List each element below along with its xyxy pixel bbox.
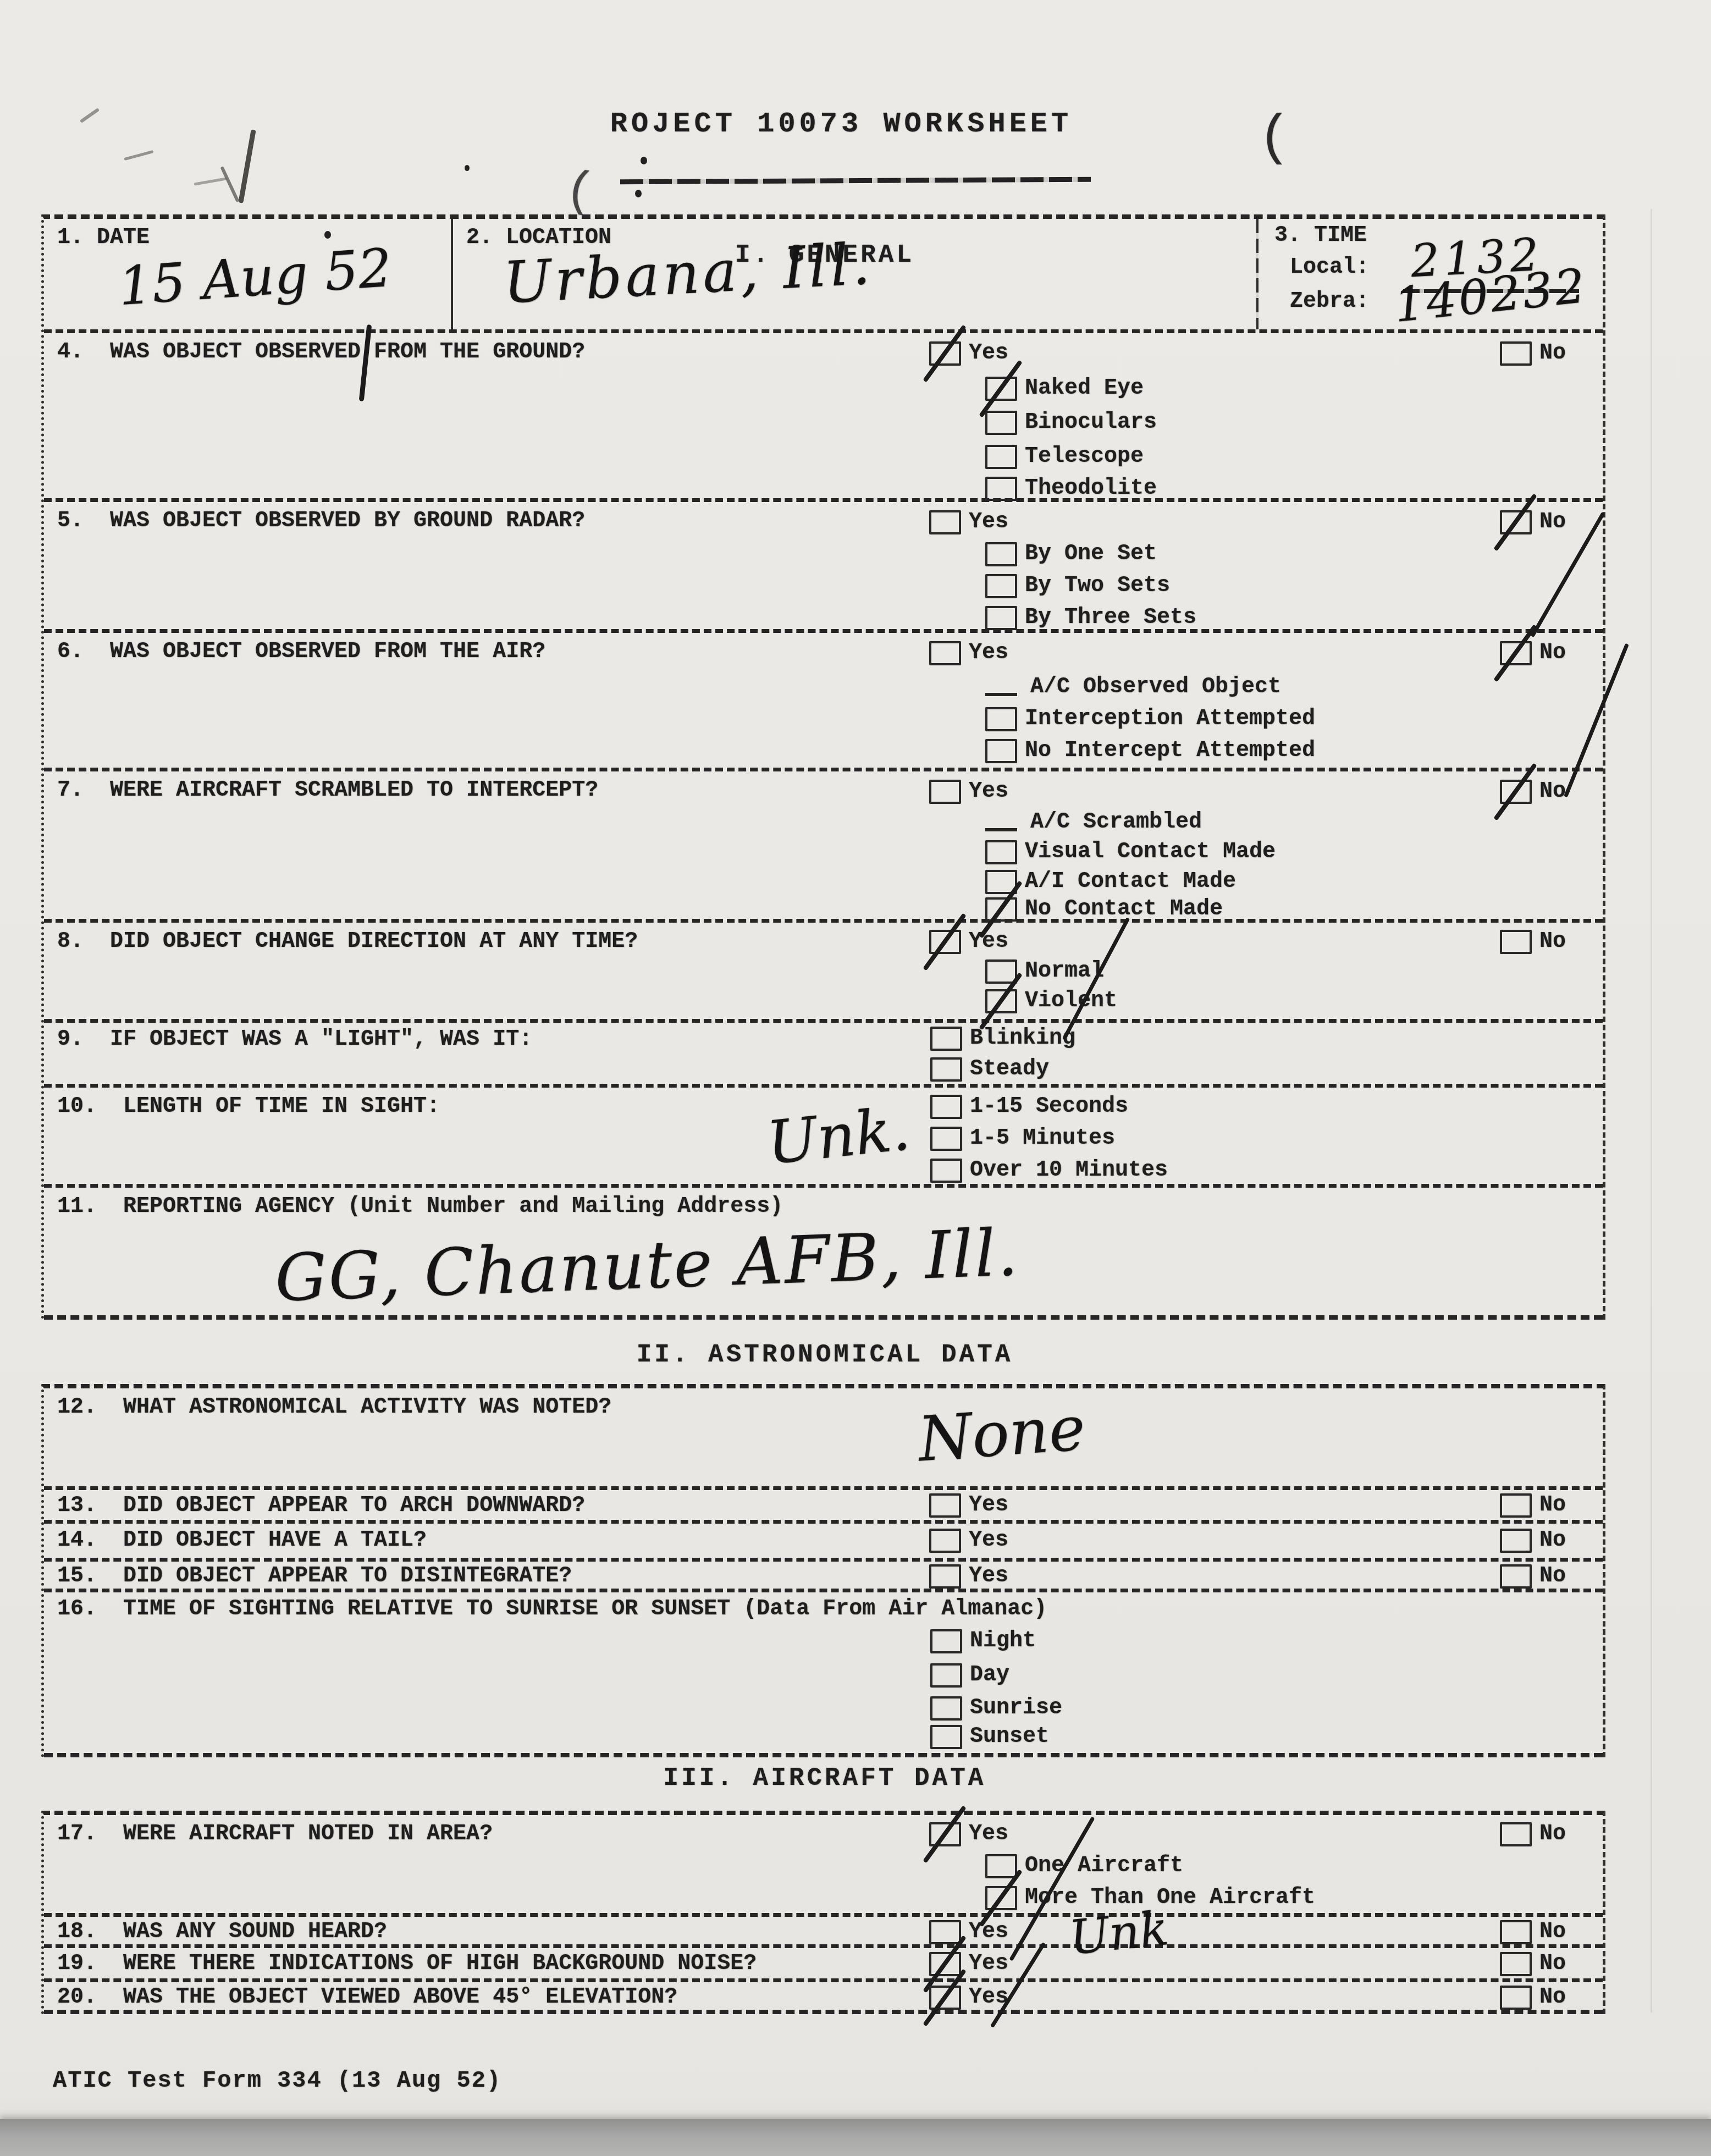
option-checkbox[interactable] bbox=[985, 897, 1017, 922]
yes-label: Yes bbox=[969, 1951, 1008, 1976]
option-label: Interception Attempted bbox=[1025, 707, 1315, 731]
option-checkbox[interactable] bbox=[930, 1095, 962, 1119]
no-checkbox[interactable] bbox=[1500, 1920, 1532, 1944]
question-row-12: 12. WHAT ASTRONOMICAL ACTIVITY WAS NOTED… bbox=[44, 1388, 1603, 1490]
ink-dot bbox=[635, 190, 642, 197]
no-label: No bbox=[1539, 1822, 1566, 1846]
yes-label: Yes bbox=[969, 1822, 1008, 1846]
question-label: 18. WAS ANY SOUND HEARD? bbox=[57, 1920, 387, 1944]
question-label: 20. WAS THE OBJECT VIEWED ABOVE 45° ELEV… bbox=[57, 1985, 677, 2010]
option-label: Night bbox=[970, 1629, 1036, 1653]
question-label: 6. WAS OBJECT OBSERVED FROM THE AIR? bbox=[57, 639, 545, 664]
option-label: 1-5 Minutes bbox=[970, 1126, 1115, 1151]
question-label: 4. WAS OBJECT OBSERVED FROM THE GROUND? bbox=[57, 340, 585, 365]
no-checkbox[interactable] bbox=[1500, 1952, 1532, 1976]
column-divider bbox=[1256, 219, 1259, 329]
question-row-10: 10. LENGTH OF TIME IN SIGHT: Unk. 1-15 S… bbox=[44, 1088, 1603, 1188]
question-row-5: 5. WAS OBJECT OBSERVED BY GROUND RADAR? … bbox=[44, 502, 1603, 633]
question-label: 14. DID OBJECT HAVE A TAIL? bbox=[57, 1528, 427, 1553]
question-label: 5. WAS OBJECT OBSERVED BY GROUND RADAR? bbox=[57, 509, 585, 533]
no-label: No bbox=[1539, 1528, 1566, 1553]
no-checkbox[interactable] bbox=[1500, 341, 1532, 366]
option-label: Blinking bbox=[970, 1026, 1075, 1051]
blank-line bbox=[985, 679, 1017, 696]
no-label: No bbox=[1539, 1951, 1566, 1976]
handwritten-answer: Unk bbox=[1067, 1901, 1171, 1966]
yes-checkbox[interactable] bbox=[929, 1564, 961, 1589]
no-checkbox[interactable] bbox=[1500, 1493, 1532, 1518]
question-label: 9. IF OBJECT WAS A "LIGHT", WAS IT: bbox=[57, 1027, 532, 1052]
form-title: ROJECT 10073 WORKSHEET bbox=[0, 108, 1682, 140]
question-label: 10. LENGTH OF TIME IN SIGHT: bbox=[57, 1094, 440, 1119]
no-checkbox[interactable] bbox=[1500, 510, 1532, 534]
question-label: 11. REPORTING AGENCY (Unit Number and Ma… bbox=[57, 1194, 783, 1219]
question-row-20: 20. WAS THE OBJECT VIEWED ABOVE 45° ELEV… bbox=[44, 1982, 1603, 2014]
date-value: 15 Aug 52 bbox=[117, 237, 394, 317]
option-label: 1-15 Seconds bbox=[970, 1094, 1128, 1119]
yes-label: Yes bbox=[969, 1493, 1008, 1518]
option-checkbox[interactable] bbox=[985, 542, 1017, 566]
question-row-6: 6. WAS OBJECT OBSERVED FROM THE AIR? Yes… bbox=[44, 633, 1603, 771]
option-label: By One Set bbox=[1025, 542, 1157, 566]
handwritten-answer: Unk. bbox=[764, 1095, 913, 1178]
blank-line bbox=[985, 814, 1017, 831]
question-label: 12. WHAT ASTRONOMICAL ACTIVITY WAS NOTED… bbox=[57, 1395, 611, 1420]
yes-label: Yes bbox=[969, 1920, 1008, 1944]
question-row-13: 13. DID OBJECT APPEAR TO ARCH DOWNWARD? … bbox=[44, 1490, 1603, 1524]
option-label: Violent bbox=[1025, 989, 1117, 1013]
option-checkbox[interactable] bbox=[930, 1629, 962, 1653]
question-label: 16. TIME OF SIGHTING RELATIVE TO SUNRISE… bbox=[57, 1597, 1047, 1622]
question-row-14: 14. DID OBJECT HAVE A TAIL? Yes No bbox=[44, 1524, 1603, 1562]
option-checkbox[interactable] bbox=[930, 1725, 962, 1749]
question-row-18: 18. WAS ANY SOUND HEARD? Yes Unk No bbox=[44, 1917, 1603, 1948]
question-label: 7. WERE AIRCRAFT SCRAMBLED TO INTERCEPT? bbox=[57, 778, 598, 803]
option-checkbox[interactable] bbox=[985, 1886, 1017, 1910]
yes-label: Yes bbox=[969, 510, 1008, 534]
question-row-7: 7. WERE AIRCRAFT SCRAMBLED TO INTERCEPT?… bbox=[44, 771, 1603, 923]
question-row-17: 17. WERE AIRCRAFT NOTED IN AREA? Yes No … bbox=[44, 1815, 1603, 1917]
option-label: One Aircraft bbox=[1025, 1854, 1183, 1878]
option-checkbox[interactable] bbox=[930, 1159, 962, 1183]
handwritten-answer: GG, Chanute AFB, Ill. bbox=[274, 1214, 1020, 1316]
yes-checkbox[interactable] bbox=[929, 1493, 961, 1518]
option-label: More Than One Aircraft bbox=[1025, 1885, 1315, 1910]
time-zebra-label: Zebra: bbox=[1290, 289, 1369, 314]
no-label: No bbox=[1539, 1564, 1566, 1589]
option-checkbox[interactable] bbox=[930, 1696, 962, 1721]
no-checkbox[interactable] bbox=[1500, 1822, 1532, 1846]
yes-checkbox[interactable] bbox=[929, 510, 961, 534]
pen-paren-right: ( bbox=[1258, 108, 1291, 170]
question-label: 13. DID OBJECT APPEAR TO ARCH DOWNWARD? bbox=[57, 1493, 585, 1518]
no-checkbox[interactable] bbox=[1500, 1986, 1532, 2010]
option-label: Normal bbox=[1025, 959, 1104, 984]
option-label: No Contact Made bbox=[1025, 897, 1223, 922]
question-row-9: 9. IF OBJECT WAS A "LIGHT", WAS IT: Blin… bbox=[44, 1023, 1603, 1088]
no-label: No bbox=[1539, 779, 1566, 804]
paper-crease bbox=[1651, 209, 1652, 2012]
option-checkbox[interactable] bbox=[985, 840, 1017, 864]
no-label: No bbox=[1539, 341, 1566, 366]
option-label: Steady bbox=[970, 1057, 1049, 1082]
option-checkbox[interactable] bbox=[930, 1057, 962, 1082]
ink-dot bbox=[641, 157, 647, 164]
option-checkbox[interactable] bbox=[985, 445, 1017, 469]
option-checkbox[interactable] bbox=[930, 1663, 962, 1688]
option-checkbox[interactable] bbox=[985, 739, 1017, 763]
option-checkbox[interactable] bbox=[985, 606, 1017, 630]
no-label: No bbox=[1539, 1985, 1566, 2010]
no-label: No bbox=[1539, 929, 1566, 954]
scan-edge-shadow bbox=[0, 2119, 1711, 2156]
title-underline bbox=[620, 177, 1091, 184]
header-fields-row: 1. DATE 15 Aug 52 2. LOCATION Urbana, Il… bbox=[44, 219, 1603, 333]
yes-label: Yes bbox=[969, 641, 1008, 665]
option-checkbox[interactable] bbox=[985, 377, 1017, 401]
option-label: By Three Sets bbox=[1025, 605, 1196, 630]
no-checkbox[interactable] bbox=[1500, 1529, 1532, 1553]
question-row-4: 4. WAS OBJECT OBSERVED FROM THE GROUND? … bbox=[44, 333, 1603, 502]
option-checkbox[interactable] bbox=[985, 1854, 1017, 1878]
yes-checkbox[interactable] bbox=[929, 1952, 961, 1976]
option-label: Day bbox=[970, 1663, 1009, 1688]
time-label: 3. TIME bbox=[1274, 223, 1367, 248]
yes-label: Yes bbox=[969, 1564, 1008, 1589]
question-row-16: 16. TIME OF SIGHTING RELATIVE TO SUNRISE… bbox=[44, 1592, 1603, 1757]
handwritten-answer: None bbox=[916, 1393, 1088, 1476]
yes-checkbox[interactable] bbox=[929, 1529, 961, 1553]
yes-label: Yes bbox=[969, 929, 1008, 954]
option-label: No Intercept Attempted bbox=[1025, 738, 1315, 763]
section-aircraft-heading: III. AIRCRAFT DATA bbox=[0, 1764, 1649, 1793]
yes-checkbox[interactable] bbox=[929, 1986, 961, 2010]
option-label: A/C Scrambled bbox=[1030, 810, 1202, 835]
section-astronomical-heading: II. ASTRONOMICAL DATA bbox=[0, 1341, 1649, 1369]
general-table: 1. DATE 15 Aug 52 2. LOCATION Urbana, Il… bbox=[41, 214, 1605, 1320]
option-checkbox[interactable] bbox=[985, 960, 1017, 984]
no-checkbox[interactable] bbox=[1500, 780, 1532, 804]
yes-checkbox[interactable] bbox=[929, 341, 961, 366]
question-label: 8. DID OBJECT CHANGE DIRECTION AT ANY TI… bbox=[57, 929, 638, 954]
yes-checkbox[interactable] bbox=[929, 641, 961, 665]
yes-label: Yes bbox=[969, 779, 1008, 804]
option-checkbox[interactable] bbox=[985, 411, 1017, 435]
option-checkbox[interactable] bbox=[985, 989, 1017, 1013]
no-checkbox[interactable] bbox=[1500, 641, 1532, 665]
option-label: By Two Sets bbox=[1025, 574, 1170, 598]
yes-checkbox[interactable] bbox=[929, 780, 961, 804]
option-label: Sunset bbox=[970, 1724, 1049, 1749]
no-label: No bbox=[1539, 1920, 1566, 1944]
yes-label: Yes bbox=[969, 341, 1008, 366]
question-row-15: 15. DID OBJECT APPEAR TO DISINTEGRATE? Y… bbox=[44, 1562, 1603, 1592]
option-checkbox[interactable] bbox=[985, 707, 1017, 731]
ink-dot bbox=[465, 165, 470, 171]
question-row-8: 8. DID OBJECT CHANGE DIRECTION AT ANY TI… bbox=[44, 923, 1603, 1023]
question-label: 17. WERE AIRCRAFT NOTED IN AREA? bbox=[57, 1822, 493, 1846]
option-label: Binoculars bbox=[1025, 410, 1157, 435]
pencil-mark bbox=[124, 150, 153, 161]
no-checkbox[interactable] bbox=[1500, 930, 1532, 954]
option-checkbox[interactable] bbox=[930, 1027, 962, 1051]
option-label: Theodolite bbox=[1025, 476, 1157, 501]
yes-label: Yes bbox=[969, 1528, 1008, 1553]
form-id-footer: ATIC Test Form 334 (13 Aug 52) bbox=[53, 2067, 501, 2094]
no-label: No bbox=[1539, 641, 1566, 665]
scanned-form-page: ROJECT 10073 WORKSHEET ( ( I. GENERAL 1.… bbox=[0, 0, 1711, 2156]
pencil-mark bbox=[238, 129, 256, 203]
yes-checkbox[interactable] bbox=[929, 1920, 961, 1944]
astronomical-table: 12. WHAT ASTRONOMICAL ACTIVITY WAS NOTED… bbox=[41, 1384, 1605, 1757]
yes-checkbox[interactable] bbox=[929, 1822, 961, 1846]
aircraft-table: 17. WERE AIRCRAFT NOTED IN AREA? Yes No … bbox=[41, 1811, 1605, 2014]
option-checkbox[interactable] bbox=[985, 574, 1017, 598]
no-label: No bbox=[1539, 1493, 1566, 1518]
option-label: Visual Contact Made bbox=[1025, 840, 1276, 864]
no-checkbox[interactable] bbox=[1500, 1564, 1532, 1589]
question-label: 15. DID OBJECT APPEAR TO DISINTEGRATE? bbox=[57, 1564, 572, 1589]
yes-checkbox[interactable] bbox=[929, 930, 961, 954]
date-label: 1. DATE bbox=[57, 225, 150, 250]
option-label: Sunrise bbox=[970, 1696, 1062, 1721]
pencil-mark bbox=[220, 166, 239, 202]
time-local-label: Local: bbox=[1290, 255, 1369, 280]
option-checkbox[interactable] bbox=[985, 477, 1017, 501]
option-label: Telescope bbox=[1025, 444, 1144, 469]
option-label: A/C Observed Object bbox=[1030, 675, 1281, 699]
pencil-mark bbox=[194, 177, 227, 185]
question-row-19: 19. WERE THERE INDICATIONS OF HIGH BACKG… bbox=[44, 1948, 1603, 1982]
column-divider bbox=[451, 219, 453, 329]
option-checkbox[interactable] bbox=[930, 1127, 962, 1151]
question-row-11: 11. REPORTING AGENCY (Unit Number and Ma… bbox=[44, 1188, 1603, 1320]
pen-paren-left: ( bbox=[561, 163, 598, 221]
option-label: Over 10 Minutes bbox=[970, 1158, 1168, 1183]
no-label: No bbox=[1539, 510, 1566, 534]
question-label: 19. WERE THERE INDICATIONS OF HIGH BACKG… bbox=[57, 1951, 757, 1976]
option-label: Naked Eye bbox=[1025, 376, 1144, 401]
option-label: A/I Contact Made bbox=[1025, 869, 1236, 894]
